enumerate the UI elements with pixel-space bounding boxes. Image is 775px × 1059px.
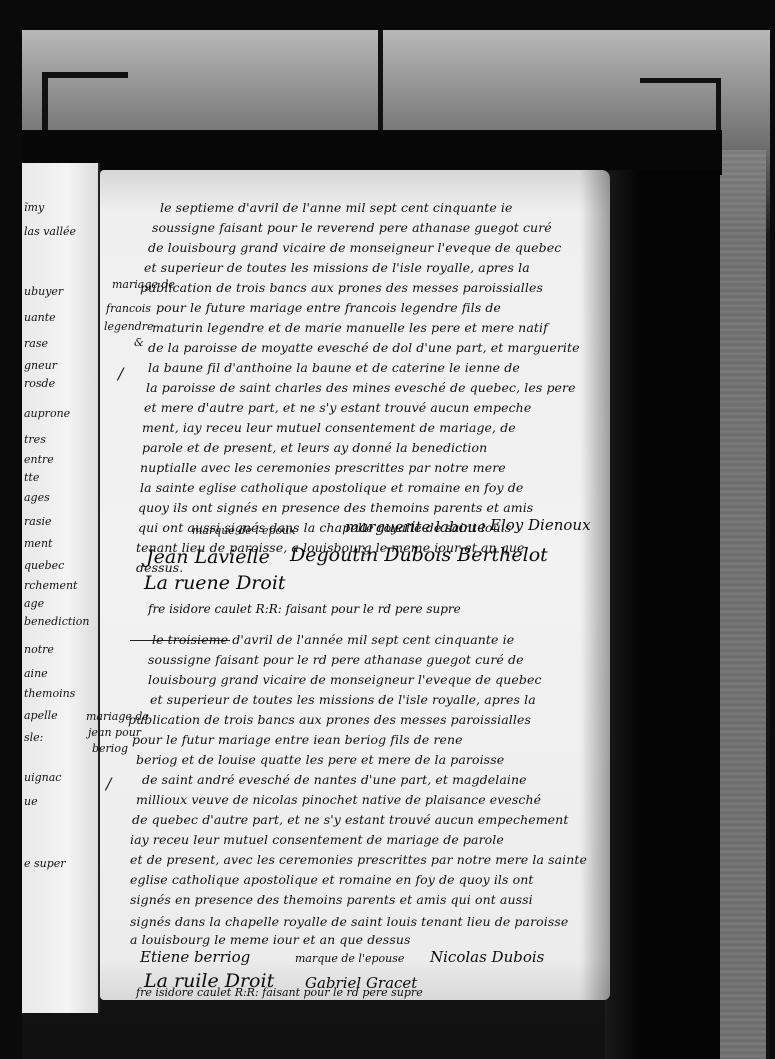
- text-fragment: auprone: [24, 407, 70, 420]
- text-fragment: e super: [24, 857, 66, 870]
- margin-note-entry1: legendre: [104, 320, 153, 333]
- text-fragment: rasie: [24, 515, 52, 528]
- previous-page-edge: ĩmy las vallée ubuyer uante rase gneur r…: [22, 163, 100, 1013]
- text-fragment: sle:: [24, 731, 43, 744]
- text-fragment: benediction: [24, 615, 90, 628]
- entry2-line: signés en presence des themoins parents …: [130, 892, 533, 907]
- entry1-line: ment, iay receu leur mutuel consentement…: [142, 420, 516, 435]
- bride-mark-label: marque de l'epouse: [295, 952, 404, 965]
- witness-signature: Nicolas Dubois: [430, 948, 544, 966]
- margin-note-entry1: &: [134, 336, 144, 349]
- text-fragment: rosde: [24, 377, 55, 390]
- frame-bracket: [42, 72, 48, 132]
- priest-signature: fre isidore caulet R:R: faisant pour le …: [148, 602, 461, 616]
- document-scan: ĩmy las vallée ubuyer uante rase gneur r…: [0, 0, 775, 1059]
- text-fragment: aine: [24, 667, 48, 680]
- entry1-line: et mere d'autre part, et ne s'y estant t…: [144, 400, 531, 415]
- text-fragment: ue: [24, 795, 38, 808]
- margin-note-entry2: /: [106, 774, 111, 793]
- frame-bracket: [640, 78, 720, 83]
- entry2-line: de quebec d'autre part, et ne s'y estant…: [132, 812, 568, 827]
- text-fragment: apelle: [24, 709, 58, 722]
- text-fragment: ment: [24, 537, 52, 550]
- text-fragment: age: [24, 597, 44, 610]
- groom-mark-label: marque de l'epoux: [192, 524, 295, 537]
- text-fragment: rchement: [24, 579, 77, 592]
- margin-note-entry1: /: [118, 364, 123, 383]
- entry2-line: louisbourg grand vicaire de monseigneur …: [148, 672, 542, 687]
- text-fragment: notre: [24, 643, 54, 656]
- priest-signature: fre isidore caulet R:R: faisant pour le …: [136, 986, 423, 999]
- margin-note-entry1: francois: [106, 302, 151, 315]
- book-shadow: [22, 130, 722, 175]
- text-fragment: ages: [24, 491, 50, 504]
- book-shadow: [605, 170, 720, 1059]
- entry2-line: de saint andré evesché de nantes d'une p…: [142, 772, 527, 787]
- entry2-line: pour le futur mariage entre iean beriog …: [132, 732, 463, 747]
- witness-signature: Jean Lavielle: [146, 546, 270, 568]
- entry2-line: et superieur de toutes les missions de l…: [150, 692, 536, 707]
- text-fragment: themoins: [24, 687, 75, 700]
- entry1-line: nuptialle avec les ceremonies prescritte…: [140, 460, 506, 475]
- entry1-line: maturin legendre et de marie manuelle le…: [152, 320, 548, 335]
- frame-bracket: [716, 78, 721, 138]
- entry2-line: signés dans la chapelle royalle de saint…: [130, 914, 568, 929]
- entry1-line: la paroisse de saint charles des mines e…: [146, 380, 576, 395]
- witness-signature: Eloy Dienoux: [490, 516, 591, 534]
- entry1-line: et superieur de toutes les missions de l…: [144, 260, 530, 275]
- entry1-line: la baune fil d'anthoine la baune et de c…: [148, 360, 520, 375]
- witness-signature: Degoutin Dubois Berthelot: [290, 544, 548, 566]
- entry1-line: soussigne faisant pour le reverend pere …: [152, 220, 552, 235]
- text-fragment: entre: [24, 453, 54, 466]
- text-fragment: uignac: [24, 771, 61, 784]
- entry2-line: publication de trois bancs aux prones de…: [128, 712, 531, 727]
- text-fragment: tte: [24, 471, 39, 484]
- margin-note-entry2: beriog: [92, 742, 128, 755]
- entry1-line: quoy ils ont signés en presence des them…: [138, 500, 533, 515]
- entry2-line: eglise catholique apostolique et romaine…: [130, 872, 534, 887]
- entry1-line: de louisbourg grand vicaire de monseigne…: [148, 240, 561, 255]
- entry2-line: soussigne faisant pour le rd pere athana…: [148, 652, 524, 667]
- text-fragment: rase: [24, 337, 48, 350]
- register-page: mariage de francois legendre & / le sept…: [100, 170, 610, 1000]
- entry1-line: publication de trois bancs aux prones de…: [140, 280, 543, 295]
- groom-signature: Etiene berriog: [140, 948, 250, 966]
- bride-signature: marguerite laboue: [345, 518, 486, 536]
- text-fragment: uante: [24, 311, 56, 324]
- entry2-line: millioux veuve de nicolas pinochet nativ…: [136, 792, 541, 807]
- text-fragment: gneur: [24, 359, 57, 372]
- entry1-line: pour le future mariage entre francois le…: [156, 300, 501, 315]
- text-fragment: ĩmy: [24, 201, 44, 214]
- text-fragment: tres: [24, 433, 46, 446]
- entry1-line: parole et de present, et leurs ay donné …: [142, 440, 487, 455]
- entry1-line: le septieme d'avril de l'anne mil sept c…: [160, 200, 513, 215]
- text-fragment: las vallée: [24, 225, 76, 238]
- text-fragment: ubuyer: [24, 285, 63, 298]
- text-fragment: quebec: [24, 559, 64, 572]
- entry2-line: beriog et de louise quatte les pere et m…: [136, 752, 504, 767]
- frame-bracket: [42, 72, 128, 78]
- scan-edge-strip: [718, 150, 766, 1059]
- entry2-line: iay receu leur mutuel consentement de ma…: [130, 832, 504, 847]
- entry2-line: a louisbourg le meme iour et an que dess…: [130, 932, 411, 947]
- frame-divider: [378, 30, 383, 140]
- entry2-line: et de present, avec les ceremonies presc…: [130, 852, 587, 867]
- entry1-line: la sainte eglise catholique apostolique …: [140, 480, 523, 495]
- entry1-line: de la paroisse de moyatte evesché de dol…: [148, 340, 580, 355]
- entry2-line: le troisieme d'avril de l'année mil sept…: [152, 632, 514, 647]
- witness-signature: La ruene Droit: [144, 572, 286, 594]
